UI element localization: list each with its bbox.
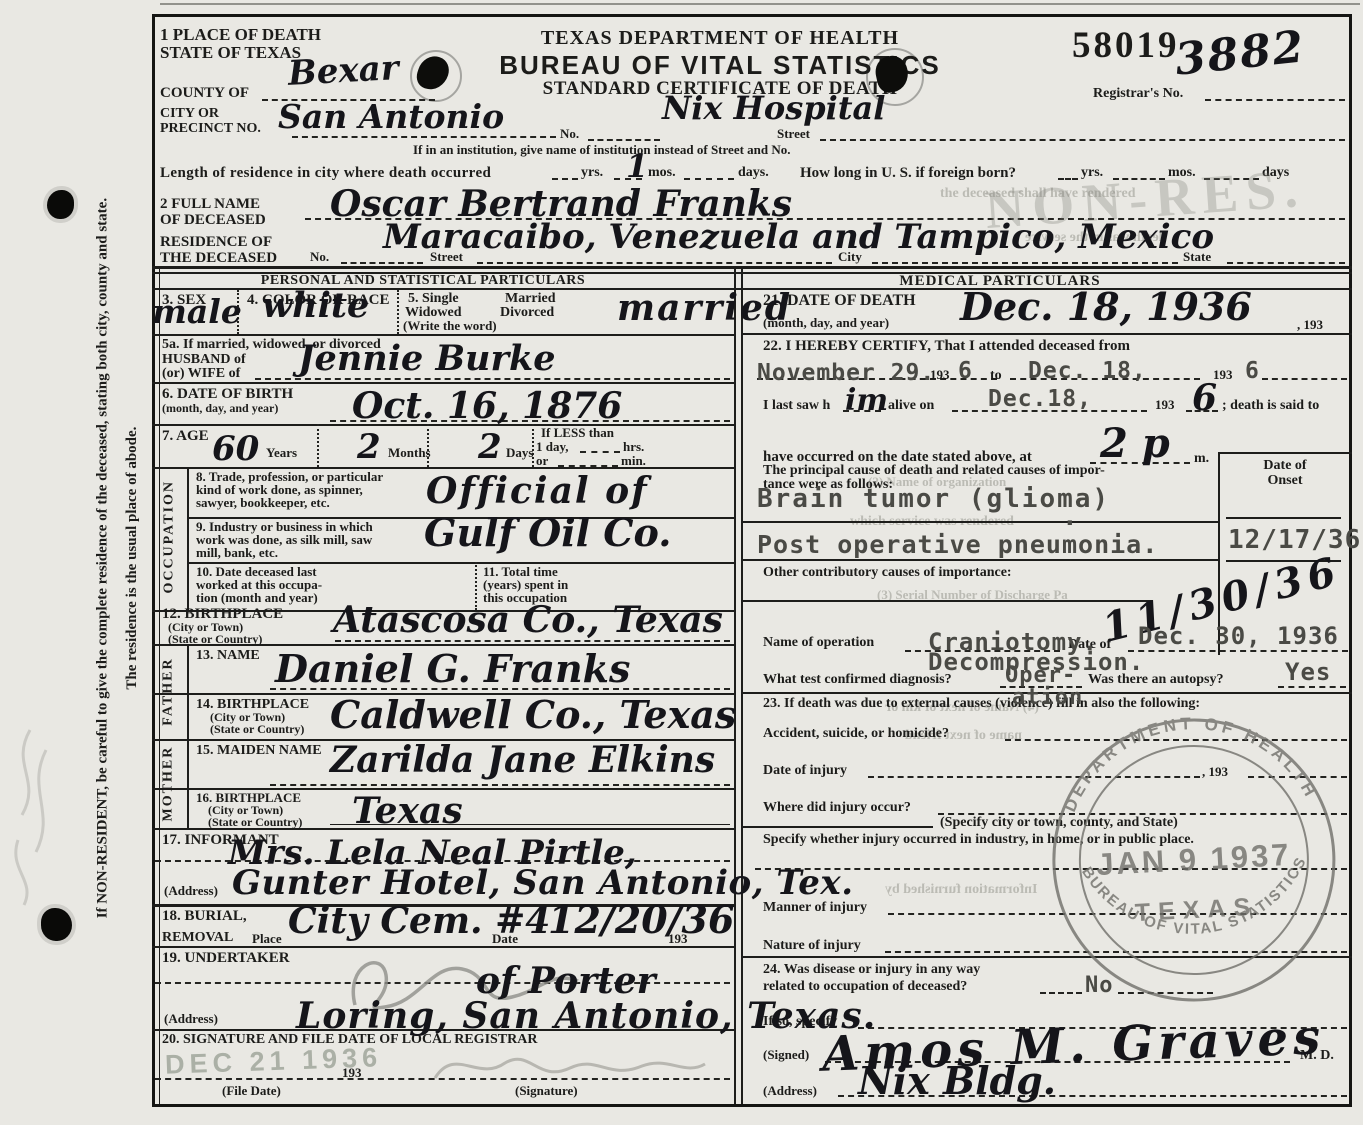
mother-birthplace-value: Texas xyxy=(352,793,463,829)
year-193-label: , 193 xyxy=(1297,318,1323,332)
file-date-caption: (File Date) xyxy=(222,1084,281,1098)
year-193-label: 193 xyxy=(1155,398,1175,412)
no-label: No. xyxy=(560,127,579,141)
institution-note: If in an institution, give name of insti… xyxy=(413,143,791,157)
autopsy-value: Yes xyxy=(1285,660,1331,684)
principal-cause-label1: The principal cause of death and related… xyxy=(763,463,1105,478)
group-divider xyxy=(187,467,189,610)
no-label: No. xyxy=(310,250,329,264)
death-certificate-scan: If NON-RESIDENT, be careful to give the … xyxy=(0,0,1363,1125)
burial-date-value: 12/20/36 xyxy=(548,901,734,939)
full-name-label1: 2 FULL NAME xyxy=(160,196,260,212)
address-label: (Address) xyxy=(164,884,218,898)
spouse-label3: (or) WIFE of xyxy=(162,366,240,381)
external-causes-label: 23. If death was due to external causes … xyxy=(763,696,1200,711)
address-label: (Address) xyxy=(164,1012,218,1026)
occupation-related-label2: related to occupation of deceased? xyxy=(763,979,967,994)
signed-label: (Signed) xyxy=(763,1048,809,1062)
occupation-side-label: OCCUPATION xyxy=(161,484,176,594)
rule xyxy=(270,784,730,786)
dob-value: Oct. 16, 1876 xyxy=(352,388,622,424)
other-causes-label: Other contributory causes of importance: xyxy=(763,565,1012,580)
undertaker-address-value: Loring, San Antonio, Texas. xyxy=(296,998,876,1034)
last-saw-him-handwritten: im xyxy=(845,386,888,416)
marital-label-write: (Write the word) xyxy=(403,319,497,333)
test-value-1: Oper- xyxy=(1005,665,1076,687)
rule xyxy=(588,139,660,141)
dob-label: 6. DATE OF BIRTH xyxy=(162,386,293,402)
spouse-value: Jennie Burke xyxy=(298,341,555,376)
personal-section-title: PERSONAL AND STATISTICAL PARTICULARS xyxy=(132,273,714,288)
group-divider xyxy=(187,739,189,828)
precinct-no-label: PRECINCT NO. xyxy=(160,121,261,136)
rule xyxy=(741,333,1352,335)
age-label: 7. AGE xyxy=(162,428,209,444)
cell-divider xyxy=(317,424,319,467)
occupation-related-label1: 24. Was disease or injury in any way xyxy=(763,962,980,977)
place-label: Place xyxy=(252,932,282,946)
onset-date-2: 12/17/36 xyxy=(1228,527,1361,553)
ink-blot-ring xyxy=(410,50,462,102)
rule xyxy=(152,382,734,384)
rule xyxy=(1278,686,1346,688)
ink-blot-ring xyxy=(866,48,924,106)
marital-label-married: Married xyxy=(505,291,556,306)
spouse-label2: HUSBAND of xyxy=(162,352,246,367)
last-worked-label3: tion (month and year) xyxy=(196,591,318,605)
full-name-label2: OF DECEASED xyxy=(160,212,266,228)
age-months-value: 2 xyxy=(357,430,381,464)
trade-value: Official of xyxy=(426,473,649,509)
marital-label-single: 5. Single xyxy=(408,291,459,306)
attended-from-year: 6 xyxy=(958,360,973,383)
hrs-label: hrs. xyxy=(623,440,644,454)
test-confirmed-label: What test confirmed diagnosis? xyxy=(763,672,952,687)
yrs-label: yrs. xyxy=(581,165,603,180)
maiden-name-value: Zarilda Jane Elkins xyxy=(330,742,715,778)
dob-sublabel: (month, day, and year) xyxy=(162,402,278,415)
pencil-scribble xyxy=(0,720,70,920)
rule xyxy=(1226,517,1341,519)
group-divider xyxy=(187,644,189,739)
nature-of-injury-label: Nature of injury xyxy=(763,938,861,953)
residence-length-value: 1 xyxy=(626,150,648,182)
rule xyxy=(1218,452,1352,454)
margin-note-line1: If NON-RESIDENT, be careful to give the … xyxy=(94,71,110,1046)
attended-from-value: November 29. xyxy=(757,362,935,385)
state-country-label: (State or Country) xyxy=(210,723,304,736)
last-saw-label3: ; death is said to xyxy=(1222,398,1319,413)
margin-note-line2: The residence is the usual place of abod… xyxy=(124,278,140,838)
cause-of-death-2: Post operative pneumonia. xyxy=(757,532,1158,557)
rule xyxy=(1262,378,1347,380)
certificate-number: 58019 xyxy=(1072,26,1180,66)
column-divider xyxy=(734,268,736,1104)
last-saw-label2: alive on xyxy=(888,398,934,413)
age-days-value: 2 xyxy=(478,430,502,464)
stamp-ring-top-text: DEPARTMENT OF HEALTH xyxy=(1056,707,1322,815)
cell-divider xyxy=(397,290,399,334)
last-saw-label1: I last saw h xyxy=(763,398,830,413)
scan-edge-line xyxy=(160,3,1360,5)
sex-value: male xyxy=(152,295,242,328)
residence-label2: THE DECEASED xyxy=(160,250,277,266)
rule xyxy=(152,266,1352,269)
marital-label-divorced: Divorced xyxy=(500,305,554,320)
rule xyxy=(741,559,1218,561)
cause-of-death-1: Brain tumor (glioma) xyxy=(757,486,1110,512)
to-label: to xyxy=(990,368,1002,383)
rule xyxy=(741,826,933,828)
place-of-death-label: 1 PLACE OF DEATH xyxy=(160,26,321,44)
county-of-label: COUNTY OF xyxy=(160,85,249,101)
rule xyxy=(477,262,832,264)
undertaker-value: of Porter xyxy=(476,963,656,999)
trade-label3: sawyer, bookkeeper, etc. xyxy=(196,496,330,510)
maiden-name-label: 15. MAIDEN NAME xyxy=(196,743,322,758)
date-of-injury-label: Date of injury xyxy=(763,763,847,778)
test-value-2: ation xyxy=(1012,687,1083,709)
or-label: or xyxy=(536,454,548,468)
svg-text:DEPARTMENT OF HEALTH: DEPARTMENT OF HEALTH xyxy=(1056,707,1322,815)
dept-title: TEXAS DEPARTMENT OF HEALTH xyxy=(505,28,935,50)
if-less-label2: 1 day, xyxy=(536,440,569,454)
rule xyxy=(1205,99,1345,101)
last-saw-year-handwritten: 6 xyxy=(1192,380,1217,416)
rule xyxy=(341,262,423,264)
city-or-label: CITY OR xyxy=(160,106,219,121)
hour-of-death-handwritten: 2 p xyxy=(1100,424,1170,464)
column-divider xyxy=(741,268,743,1104)
certify-label: 22. I HEREBY CERTIFY, That I attended de… xyxy=(763,338,1130,354)
date-of-onset-label2: Onset xyxy=(1222,473,1348,488)
m-label: m. xyxy=(1194,451,1209,466)
undertaker-label: 19. UNDERTAKER xyxy=(162,950,290,966)
stamp-date-text: JAN 9 1937 xyxy=(1095,837,1292,882)
mother-side-label: MOTHER xyxy=(160,741,175,827)
rule xyxy=(741,521,1218,523)
burial-label: 18. BURIAL, xyxy=(162,908,247,924)
birthplace12-value: Atascosa Co., Texas xyxy=(333,602,723,638)
rule xyxy=(1128,650,1348,652)
county-value: Bexar xyxy=(287,51,399,91)
attended-to-year: 6 xyxy=(1245,360,1260,383)
signature-caption: (Signature) xyxy=(515,1084,578,1098)
father-side-label: FATHER xyxy=(160,652,175,732)
rule xyxy=(292,136,556,138)
rule xyxy=(552,178,578,180)
registrar-no-label: Registrar's No. xyxy=(1093,86,1183,101)
accident-label: Accident, suicide, or homicide? xyxy=(763,726,949,741)
removal-label: REMOVAL xyxy=(162,930,233,945)
rule xyxy=(820,139,1345,141)
days-label: days. xyxy=(738,165,769,180)
father-birthplace-value: Caldwell Co., Texas xyxy=(330,696,736,734)
street-label: Street xyxy=(777,127,810,141)
date-of-death-value: Dec. 18, 1936 xyxy=(960,288,1252,326)
institution-value: Nix Hospital xyxy=(662,92,885,124)
months-label: Months xyxy=(388,446,431,460)
registrar-pencil-signature xyxy=(430,1038,710,1088)
rule xyxy=(684,178,734,180)
state-country-label: (State or Country) xyxy=(208,816,302,829)
cause-1-period: . xyxy=(1062,504,1079,530)
attended-to-value: Dec. 18, xyxy=(1028,360,1147,383)
mos-label: mos. xyxy=(648,165,676,180)
years-label: Years xyxy=(266,446,297,460)
marital-value: married xyxy=(617,290,792,326)
rule xyxy=(152,334,734,336)
rule xyxy=(1227,262,1345,264)
state-of-texas-label: STATE OF TEXAS xyxy=(160,44,301,62)
registrar-number-handwritten: 3882 xyxy=(1173,25,1307,82)
where-injury-label: Where did injury occur? xyxy=(763,800,911,815)
father-name-value: Daniel G. Franks xyxy=(275,650,630,688)
operation-date-value: Dec. 30, 1936 xyxy=(1138,624,1339,648)
date-of-onset-label1: Date of xyxy=(1222,458,1348,473)
operation-label: Name of operation xyxy=(763,635,874,650)
residence-length-label: Length of residence in city where death … xyxy=(160,165,491,181)
punch-hole xyxy=(47,190,74,219)
city-value: San Antonio xyxy=(278,100,504,133)
days-label: Days xyxy=(506,446,533,460)
age-years-value: 60 xyxy=(212,432,259,466)
rule xyxy=(872,262,1178,264)
address-label: (Address) xyxy=(763,1084,817,1098)
physician-address-value: Nix Bldg. xyxy=(858,1062,1056,1100)
burial-place-value: City Cem. #4 xyxy=(288,903,550,939)
rule xyxy=(741,600,1153,602)
residence-label1: RESIDENCE OF xyxy=(160,234,272,250)
state-country-label: (State or Country) xyxy=(168,633,262,646)
last-saw-date-value: Dec.18, xyxy=(988,388,1092,411)
informant-address-value: Gunter Hotel, San Antonio, Tex. xyxy=(232,866,854,900)
father-name-label: 13. NAME xyxy=(196,648,260,663)
race-value: white xyxy=(262,288,369,323)
industry-value: Gulf Oil Co. xyxy=(424,514,671,552)
received-round-stamp: DEPARTMENT OF HEALTH BUREAU OF VITAL STA… xyxy=(1024,704,1363,1021)
min-label: min. xyxy=(621,454,646,468)
rule xyxy=(580,451,620,453)
industry-label3: mill, bank, etc. xyxy=(196,546,278,560)
if-less-label1: If LESS than xyxy=(541,426,614,440)
